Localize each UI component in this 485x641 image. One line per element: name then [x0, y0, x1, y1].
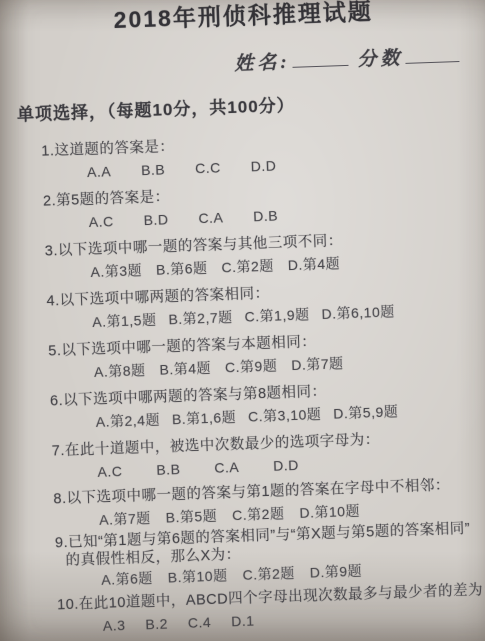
name-blank-line — [292, 51, 348, 68]
option-a: A.第8题 — [94, 359, 146, 383]
name-score-row: 姓名: 分数 — [234, 43, 485, 78]
option-b: B.B — [156, 458, 181, 481]
exam-title: 2018年刑侦科推理试题 — [0, 0, 485, 40]
option-b: B.B — [141, 158, 166, 181]
option-d: D.第6,10题 — [321, 300, 395, 325]
option-c: C.第1,9题 — [244, 303, 310, 327]
option-b: B.第4题 — [159, 357, 211, 381]
option-a: A.第3题 — [90, 259, 142, 283]
exam-content: 2018年刑侦科推理试题 姓名: 分数 单项选择，（每题10分，共100分） 1… — [0, 0, 485, 641]
score-label: 分数 — [357, 48, 404, 71]
option-a: A.第7题 — [99, 507, 151, 531]
option-d: D.D — [250, 154, 276, 177]
option-a: A.第6题 — [101, 567, 153, 591]
option-d: D.1 — [231, 610, 255, 633]
option-c: C.第2题 — [232, 502, 285, 526]
option-a: A.3 — [103, 614, 126, 637]
question-6: 6.以下选项中哪两题的答案与第8题相同： A.第2,4题 B.第1,6题 C.第… — [14, 375, 485, 436]
exam-paper: 2018年刑侦科推理试题 姓名: 分数 单项选择，（每题10分，共100分） 1… — [0, 0, 485, 641]
score-blank-line — [405, 47, 459, 64]
questions-list: 1.这道题的答案是： A.A B.B C.C D.D 2.第5题的答案是： A.… — [5, 125, 485, 640]
option-b: B.第2,7题 — [168, 306, 233, 330]
question-5: 5.以下选项中哪一题的答案与本题相同： A.第8题 B.第4题 C.第9题 D.… — [12, 325, 485, 386]
option-a: A.A — [87, 160, 112, 183]
option-d: D.第9题 — [309, 560, 362, 584]
option-d: D.第5,9题 — [333, 400, 399, 424]
option-c: C.A — [198, 206, 224, 229]
option-a: A.第2,4题 — [95, 409, 160, 433]
option-a: A.C — [97, 460, 123, 483]
option-d: D.D — [273, 454, 299, 477]
name-label: 姓名: — [234, 52, 291, 75]
option-c: C.C — [195, 156, 221, 179]
option-c: C.第3,10题 — [248, 403, 322, 428]
option-c: C.第9题 — [225, 355, 278, 379]
option-a: A.C — [88, 210, 114, 233]
option-c: C.第2题 — [242, 562, 295, 586]
option-d: D.第7题 — [291, 352, 344, 376]
option-c: C.A — [214, 456, 240, 479]
option-b: B.第10题 — [167, 564, 228, 588]
option-d: D.第10题 — [299, 500, 360, 524]
option-d: D.第4题 — [287, 252, 340, 276]
option-b: B.D — [143, 208, 169, 231]
option-b: B.2 — [145, 613, 168, 636]
option-b: B.第6题 — [156, 257, 208, 281]
option-d: D.B — [253, 204, 279, 227]
option-b: B.第1,6题 — [172, 406, 237, 430]
option-b: B.第5题 — [165, 505, 217, 529]
option-c: C.4 — [187, 611, 211, 634]
option-a: A.第1,5题 — [92, 309, 157, 333]
section-header: 单项选择，（每题10分，共100分） — [17, 87, 485, 127]
option-c: C.第2题 — [221, 255, 274, 279]
question-4: 4.以下选项中哪两题的答案相同： A.第1,5题 B.第2,7题 C.第1,9题… — [10, 275, 485, 336]
question-3: 3.以下选项中哪一题的答案与其他三项不同： A.第3题 B.第6题 C.第2题 … — [8, 225, 485, 286]
